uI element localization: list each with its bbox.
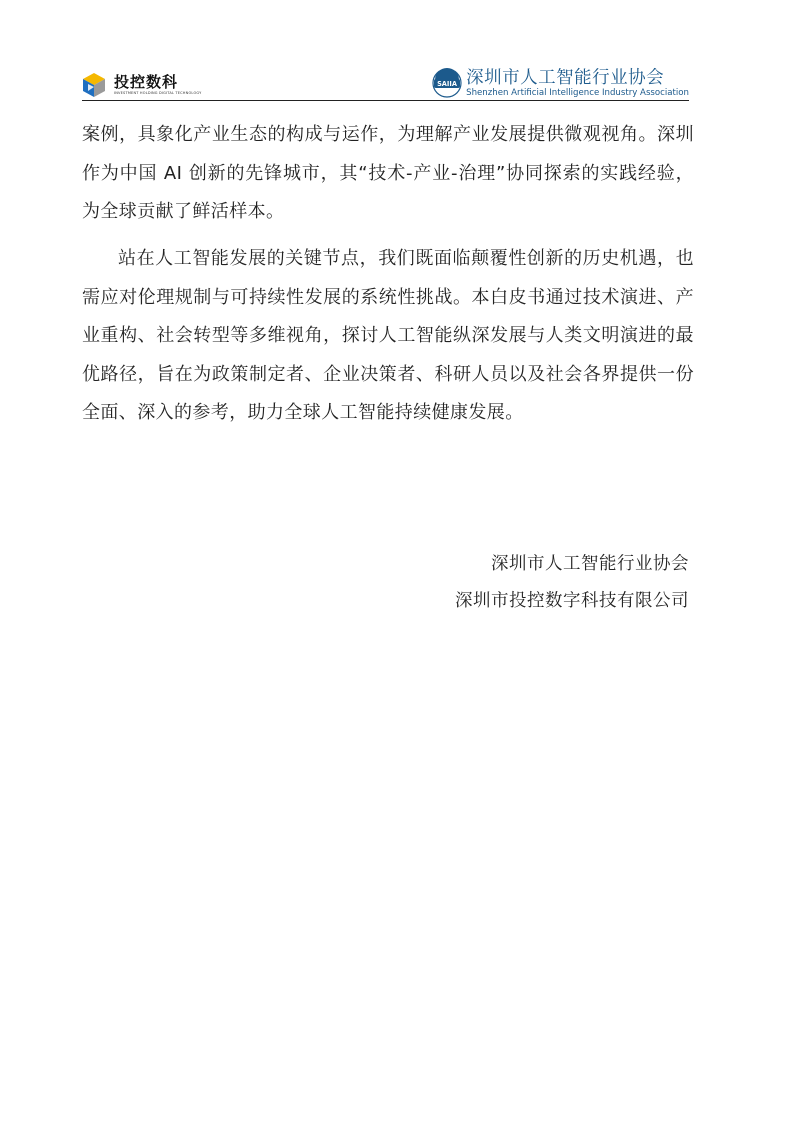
signature-company: 深圳市投控数字科技有限公司 [455, 587, 689, 612]
signature-association: 深圳市人工智能行业协会 [491, 550, 689, 575]
association-title: 深圳市人工智能行业协会 [466, 68, 689, 88]
body-paragraph-1: 案例，具象化产业生态的构成与运作，为理解产业发展提供微观视角。深圳作为中国 AI… [82, 116, 694, 232]
page-header: 投控数科 INVESTMENT HOLDING DIGITAL TECHNOLO… [82, 66, 689, 100]
body-paragraph-2: 站在人工智能发展的关键节点，我们既面临颠覆性创新的历史机遇，也需应对伦理规制与可… [82, 240, 694, 433]
investment-holding-logo: 投控数科 INVESTMENT HOLDING DIGITAL TECHNOLO… [82, 70, 201, 100]
svg-text:SAIIA: SAIIA [437, 80, 458, 88]
header-divider [82, 100, 689, 101]
association-subtitle: Shenzhen Artificial Intelligence Industr… [466, 88, 689, 98]
saiia-badge-icon: SAIIA [432, 68, 462, 98]
association-logo: SAIIA 深圳市人工智能行业协会 Shenzhen Artificial In… [432, 68, 689, 98]
company-logo-title: 投控数科 [114, 74, 201, 91]
cube-logo-icon [82, 72, 106, 98]
company-logo-subtitle: INVESTMENT HOLDING DIGITAL TECHNOLOGY [114, 91, 201, 96]
